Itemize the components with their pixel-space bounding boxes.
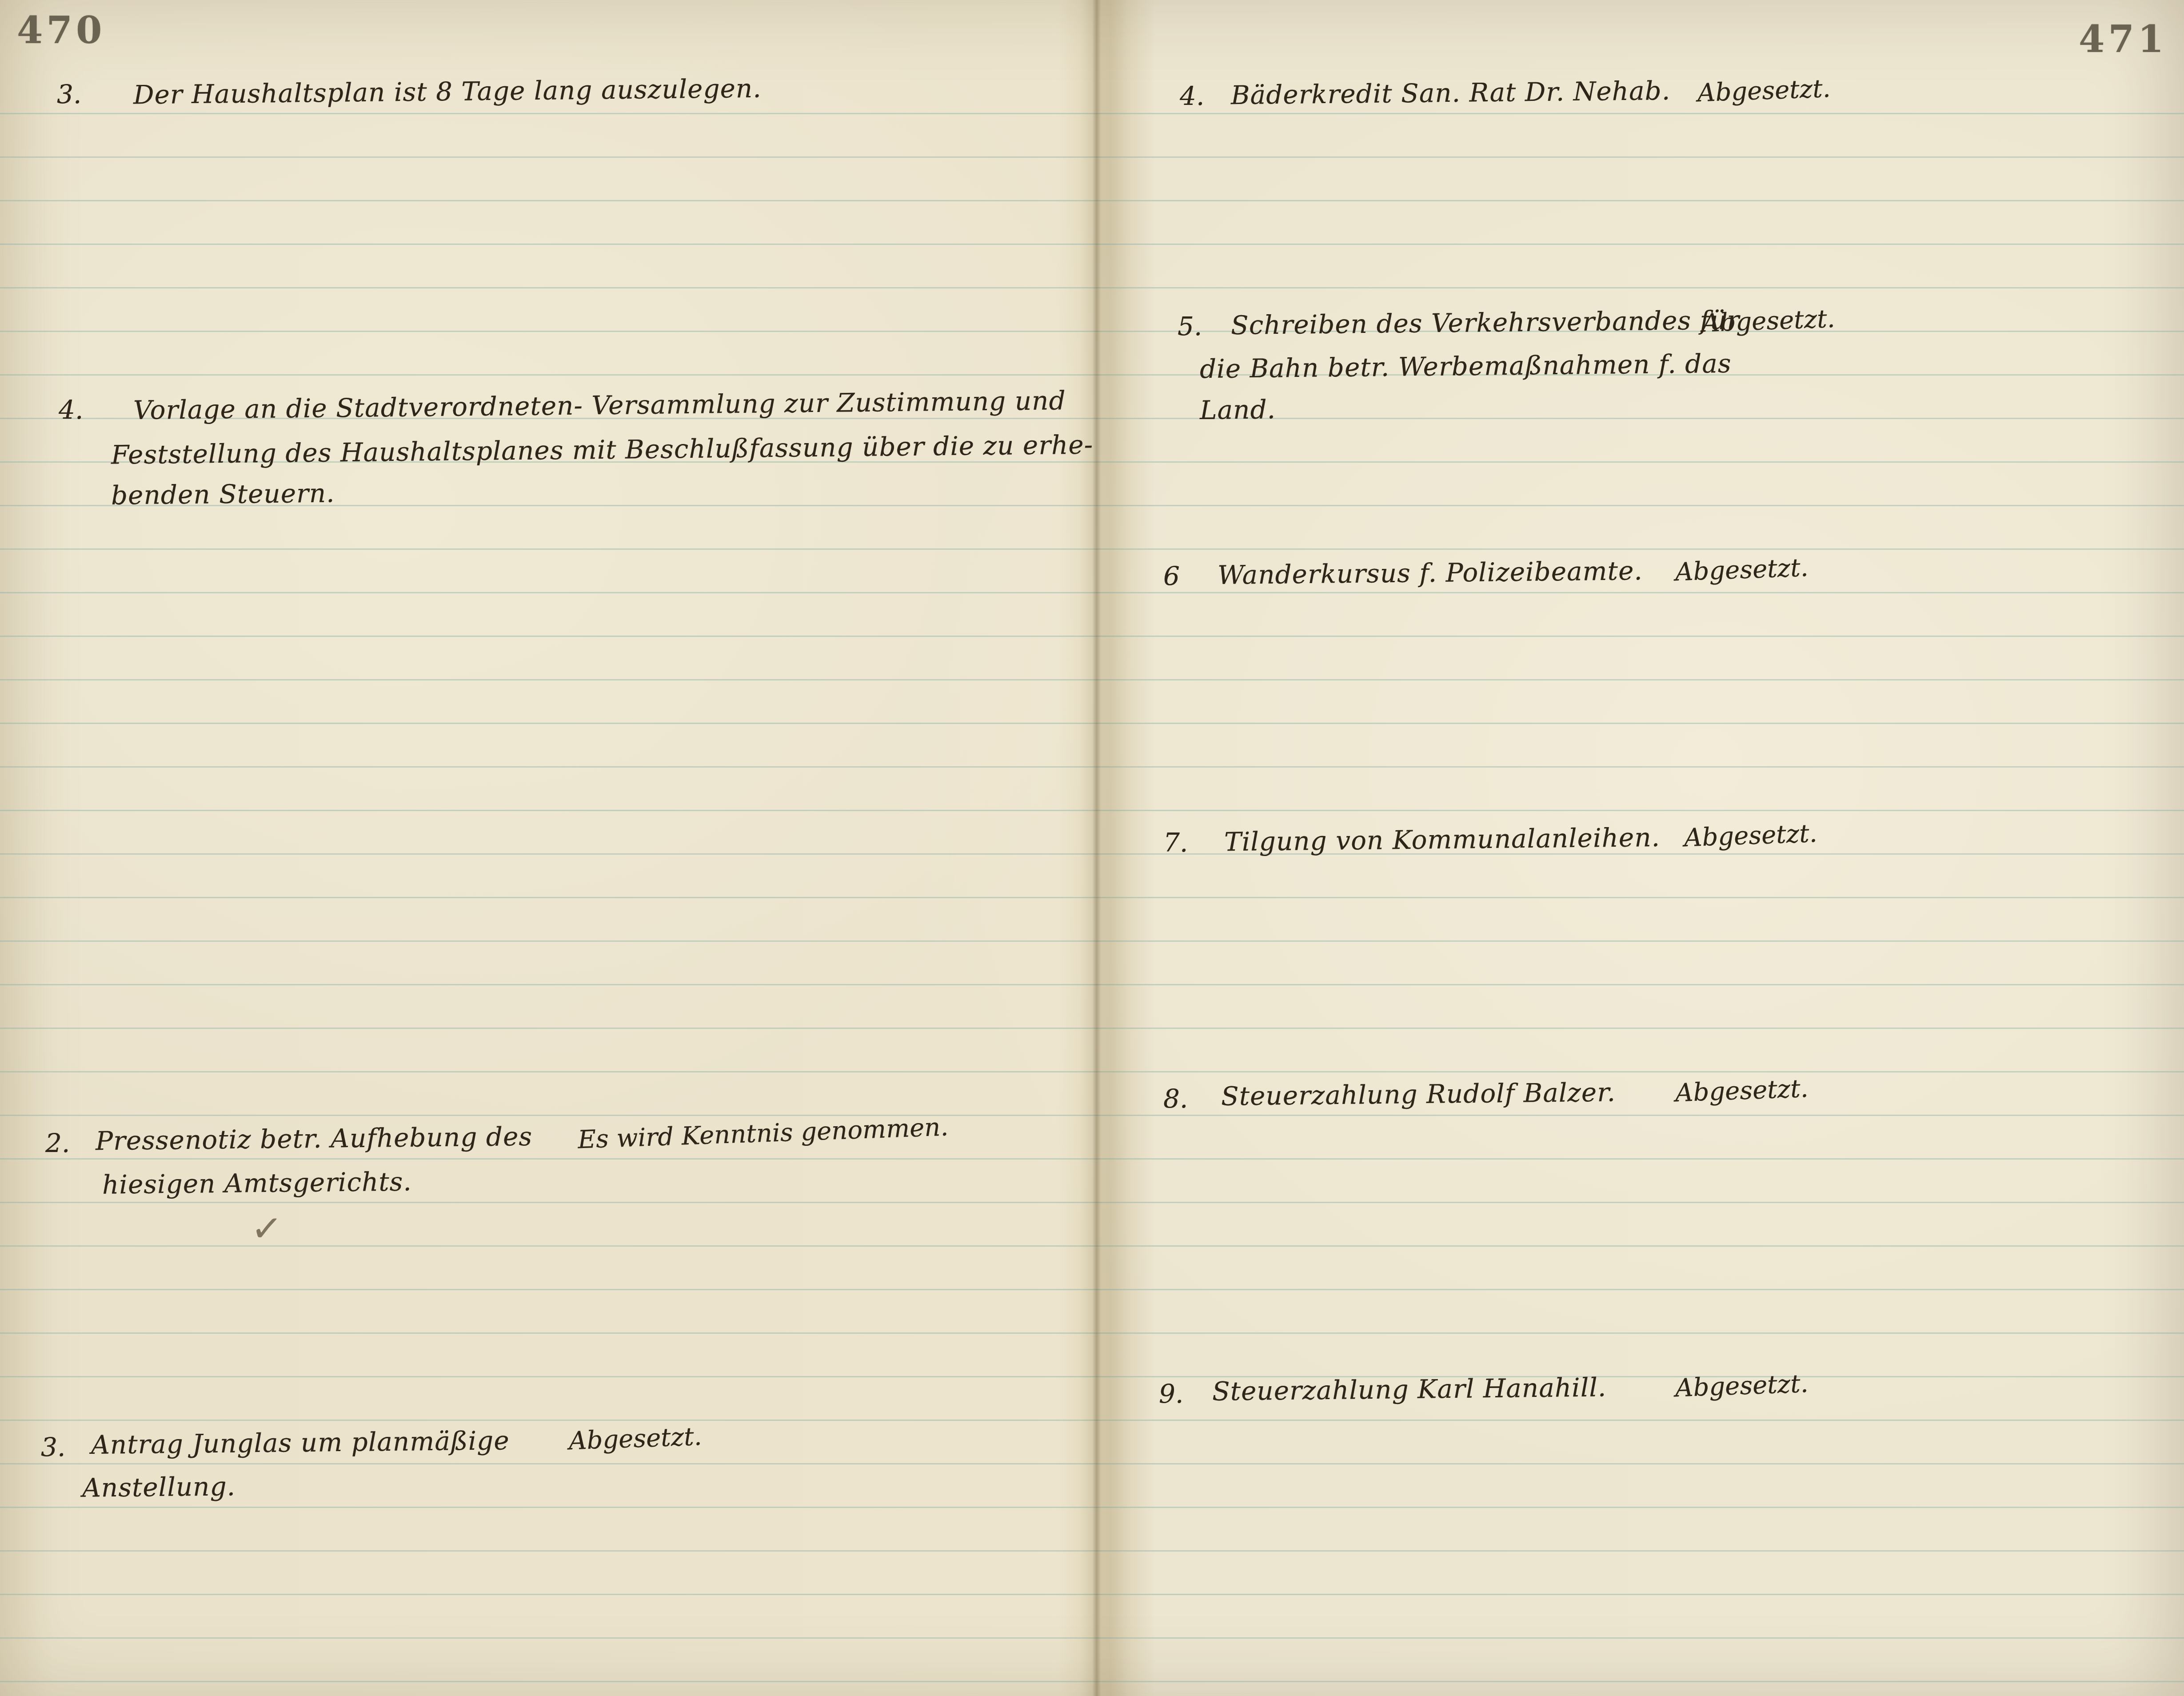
entry-text-line: Antrag Junglas um planmäßige xyxy=(91,1425,510,1460)
pencil-checkmark: ✓ xyxy=(250,1206,284,1252)
page-gutter-fold xyxy=(1080,0,1129,1696)
page-number-right: 471 xyxy=(2079,17,2167,61)
entry-number: 8. xyxy=(1163,1084,1188,1114)
entry-resolution: Abgesetzt. xyxy=(1697,74,1831,108)
entry-number: 3. xyxy=(57,79,81,109)
entry-resolution: Abgesetzt. xyxy=(1675,1074,1809,1108)
entry-number: 4. xyxy=(59,395,83,425)
entry-text-line: Anstellung. xyxy=(82,1471,236,1503)
entry-number: 3. xyxy=(41,1432,65,1462)
entry-number: 5. xyxy=(1178,311,1202,341)
entry-text-line: Steuerzahlung Karl Hanahill. xyxy=(1212,1372,1607,1406)
entry-number: 6 xyxy=(1163,561,1180,591)
entry-text-line: benden Steuern. xyxy=(111,478,335,510)
entry-resolution: Abgesetzt. xyxy=(1675,1369,1809,1403)
entry-number: 9. xyxy=(1159,1379,1183,1409)
entry-text-line: Steuerzahlung Rudolf Balzer. xyxy=(1221,1077,1616,1111)
entry-text-line: Wanderkursus f. Polizeibeamte. xyxy=(1218,556,1643,590)
entry-number: 2. xyxy=(45,1128,70,1158)
entry-text-line: Tilgung von Kommunalanleihen. xyxy=(1224,822,1661,857)
entry-text-line: Land. xyxy=(1200,394,1276,425)
page-number-left: 470 xyxy=(17,8,105,52)
entry-text-line: Schreiben des Verkehrsverbandes für xyxy=(1231,305,1740,340)
entry-text-line: die Bahn betr. Werbemaßnahmen f. das xyxy=(1200,348,1732,384)
entry-text-line: Vorlage an die Stadtverordneten- Versamm… xyxy=(133,385,1066,425)
entry-number: 7. xyxy=(1163,828,1188,858)
ledger-scan: 470 3. Der Haushaltsplan ist 8 Tage lang… xyxy=(0,0,2184,1696)
entry-resolution: Abgesetzt. xyxy=(1675,553,1809,587)
entry-resolution: Abgesetzt. xyxy=(1701,304,1836,338)
entry-text-line: hiesigen Amtsgerichts. xyxy=(102,1166,412,1200)
entry-resolution: Abgesetzt. xyxy=(568,1422,703,1456)
entry-resolution: Abgesetzt. xyxy=(1684,819,1818,852)
entry-text-line: Pressenotiz betr. Aufhebung des xyxy=(96,1121,533,1156)
entry-text-line: Bäderkredit San. Rat Dr. Nehab. xyxy=(1231,76,1671,110)
entry-text-line: Der Haushaltsplan ist 8 Tage lang auszul… xyxy=(133,73,762,110)
entry-number: 4. xyxy=(1180,81,1204,111)
entry-resolution: Es wird Kenntnis genommen. xyxy=(577,1112,949,1154)
entry-text-line: Feststellung des Haushaltsplanes mit Bes… xyxy=(111,429,1094,470)
